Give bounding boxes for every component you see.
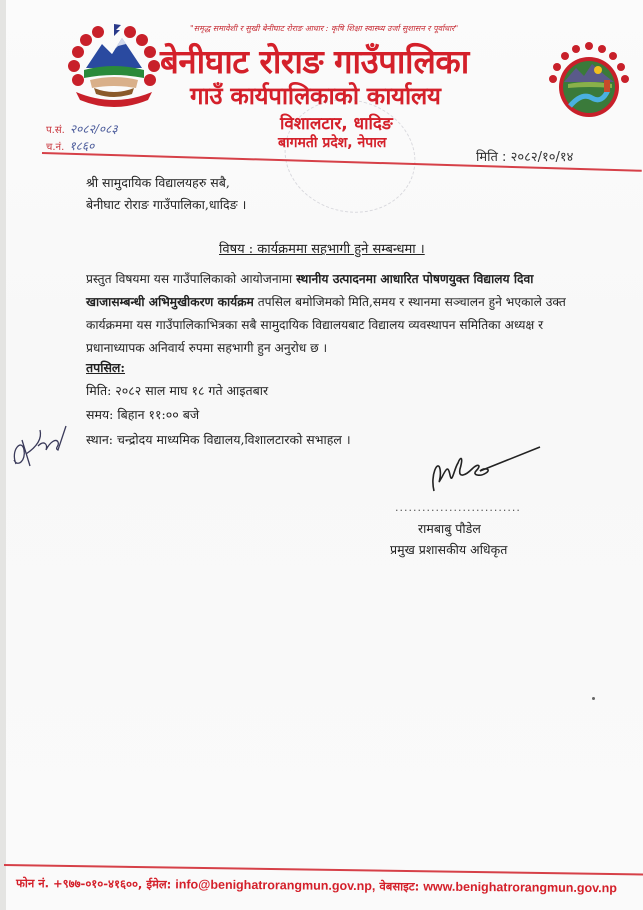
phone-label: फोन नं. (16, 876, 49, 890)
municipality-name: बेनीघाट रोराङ गाउँपालिका (160, 38, 469, 83)
signature-line: ............................ (395, 501, 521, 514)
motto: "समृद्ध समावेशी र सुखी बेनीघाट रोराङ आधा… (190, 23, 458, 34)
addressee-line-2: बेनीघाट रोराङ गाउँपालिका,धादिङ । (86, 196, 246, 213)
details-time: समय: बिहान ११:०० बजे (86, 406, 199, 423)
body-paragraph: प्रस्तुत विषयमा यस गाउँपालिकाको आयोजनामा… (86, 268, 576, 360)
signatory-name: रामबाबु पौडेल (418, 520, 481, 537)
email-address[interactable]: info@benighatrorangmun.gov.np, (175, 877, 375, 893)
details-heading: तपसिल: (86, 359, 125, 376)
details-venue: स्थान: चन्द्रोदय माध्यमिक विद्यालय,विशाल… (86, 431, 351, 448)
addressee-line-1: श्री सामुदायिक विद्यालयहरु सबै, (86, 174, 230, 191)
nepal-emblem-icon (64, 22, 164, 112)
ps-value: २०८२/०८३ (70, 122, 118, 136)
website-link[interactable]: www.benighatrorangmun.gov.np (423, 880, 617, 896)
signatory-title: प्रमुख प्रशासकीय अधिकृत (390, 541, 507, 558)
signature-icon (420, 445, 550, 495)
website-label: वेबसाइट: (379, 879, 419, 893)
reference-cn: च.नं. १८६० (46, 135, 94, 154)
email-label: ईमेल: (146, 877, 171, 891)
body-part-1: प्रस्तुत विषयमा यस गाउँपालिकाको आयोजनामा (86, 272, 296, 286)
date-value: २०८२/१०/१४ (511, 150, 574, 165)
subject-line: विषय : कार्यक्रममा सहभागी हुने सम्बन्धमा… (219, 239, 425, 257)
phone-number: +९७७-०१०-४१६००, (53, 876, 142, 891)
municipality-logo-icon (548, 40, 630, 124)
scan-speck (592, 697, 595, 700)
details-date: मिति: २०८२ साल माघ १८ गते आइतबार (86, 382, 268, 399)
date-label: मिति : (476, 150, 506, 165)
cn-value: १८६० (69, 139, 94, 153)
letter-date: मिति : २०८२/१०/१४ (476, 147, 573, 165)
initials-signature-icon (8, 420, 74, 470)
